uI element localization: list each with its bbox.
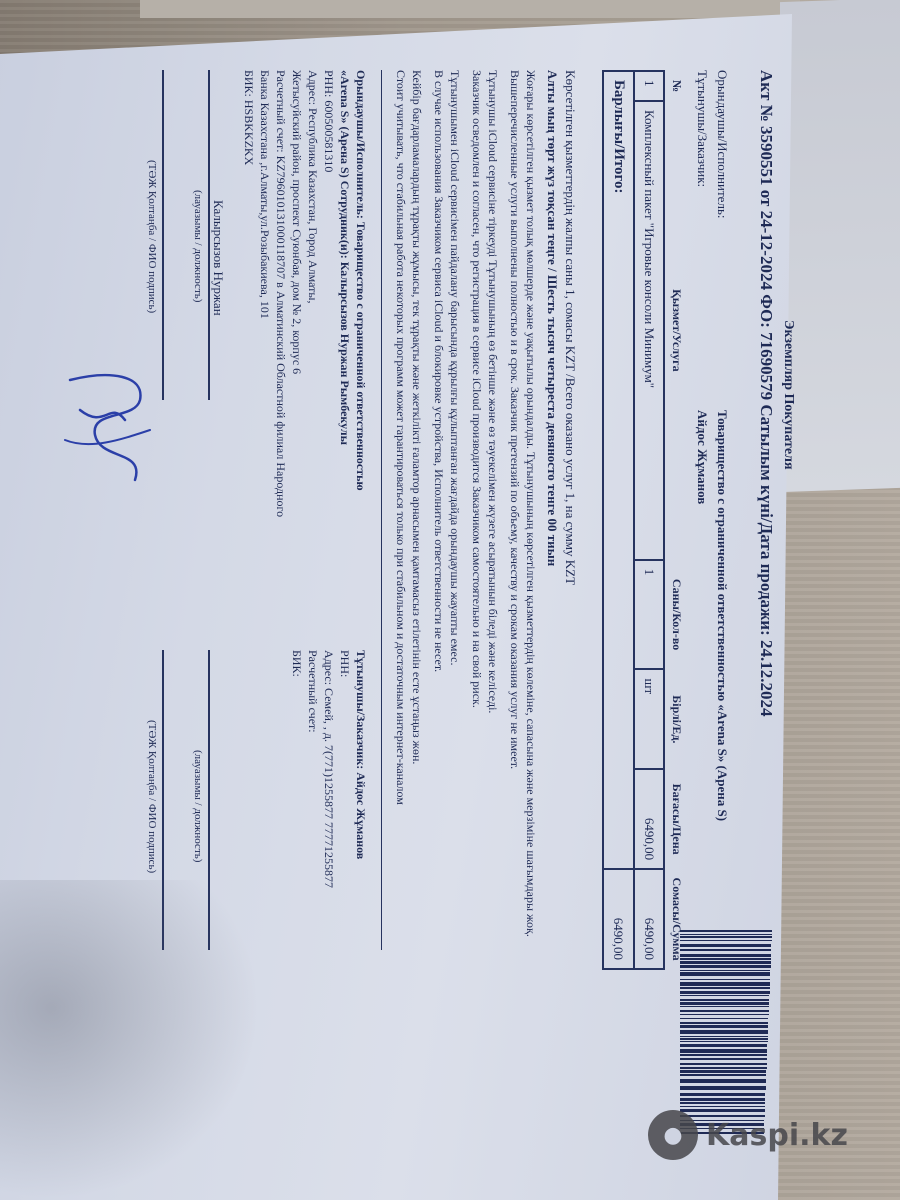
customer-value: Айдос Жұманов xyxy=(694,410,710,504)
row-number: 1 xyxy=(634,71,664,101)
paragraph-1-ru: Вышеперечисленные услуги выполнены полно… xyxy=(507,70,522,769)
customer-account: Расчетный счет: xyxy=(305,650,320,733)
executor-position-caption: (лауазымы / должность) xyxy=(192,190,204,302)
customer-block-line1: Тұтынушы/Заказчик: Айдос Жұманов xyxy=(353,650,368,859)
document-title: Акт № 3590551 от 24-12-2024 ФО: 71690579… xyxy=(756,70,776,717)
total-label: Барлығы/Итого: xyxy=(603,71,634,869)
executor-block-line2: «Arena S» (Арена S) Сотрудник(и): Калырс… xyxy=(337,70,352,445)
handwritten-signature xyxy=(50,340,160,490)
table-row: 1 Комплексный пакет "Игровые консоли Мин… xyxy=(634,71,664,969)
executor-signer-name: Калырсызов Нуржан xyxy=(210,200,226,316)
executor-value: Товарищество с ограниченной ответственно… xyxy=(714,410,730,821)
row-unit: шт xyxy=(634,669,664,769)
row-qty: 1 xyxy=(634,560,664,670)
customer-position-caption: (лауазымы / должность) xyxy=(192,750,204,862)
executor-bin: РНН: 600500581310 xyxy=(321,70,336,172)
paragraph-2-kz: Тұтынушы iCloud сервисіне тіркеуді Тұтын… xyxy=(485,70,500,713)
executor-block-line1: Орындаушы/Исполнитель: Товарищество с ог… xyxy=(353,70,368,491)
copy-label: Экземпляр Покупателя xyxy=(780,320,796,470)
customer-signature-caption: (ТӘЖ Қолтаңба / ФИО подпись) xyxy=(146,720,158,873)
executor-address-1: Адрес: Республика Казахстан, Город Алмат… xyxy=(305,70,320,303)
row-price: 6490,00 xyxy=(634,769,664,869)
col-header-qty: Саны/Кол-во xyxy=(664,560,688,670)
kaspi-watermark: ● Kaspi.kz xyxy=(648,1110,848,1160)
divider xyxy=(381,70,382,950)
executor-address-2: Жетысуйский район, проспект Суюнбая, дом… xyxy=(289,70,304,374)
kaspi-logo-icon: ● xyxy=(648,1110,698,1160)
background-paper-edge xyxy=(140,0,800,18)
executor-signature-line xyxy=(162,70,164,400)
customer-bik: БИК: xyxy=(289,650,304,677)
watermark-text: Kaspi.kz xyxy=(706,1118,848,1153)
row-sum: 6490,00 xyxy=(634,869,664,969)
col-header-unit: Бірлі/Ед. xyxy=(664,669,688,769)
customer-label: Тұтынушы/Заказчик: xyxy=(694,70,710,187)
total-value: 6490,00 xyxy=(603,869,634,969)
table-total-row: Барлығы/Итого: 6490,00 xyxy=(603,71,634,969)
summary-line-1: Көрсетілген қызметтердің жалпы саны 1, с… xyxy=(562,70,578,585)
customer-address: Адрес: Семей, , д. 7(771)1255877 7777125… xyxy=(321,650,336,888)
paragraph-2-ru: Заказчик осведомлен и согласен, что реги… xyxy=(469,70,484,708)
col-header-number: № xyxy=(664,71,688,101)
paragraph-3-ru: В случае использования Заказчиком сервис… xyxy=(431,70,446,672)
customer-bin: РНН: xyxy=(337,650,352,677)
shadow xyxy=(0,880,260,1200)
paragraph-1-kz: Жоғары көрсетілген қызмет толық мөлшерде… xyxy=(523,70,538,937)
paragraph-4-ru: Стоит учитывать, что стабильная работа н… xyxy=(393,70,408,805)
paragraph-3-kz: Тұтынушымен iCloud сервисімен пайдалану … xyxy=(447,70,462,665)
executor-account-1: Расчетный счет: KZ796010131000118707 в А… xyxy=(273,70,288,517)
services-table: № Қызмет/Услуга Саны/Кол-во Бірлі/Ед. Ба… xyxy=(602,70,688,970)
col-header-service: Қызмет/Услуга xyxy=(664,101,688,560)
executor-label: Орындаушы/Исполнитель: xyxy=(714,70,730,218)
row-service: Комплексный пакет "Игровые консоли Миним… xyxy=(634,101,664,560)
executor-bik: БИК: HSBKKZKX xyxy=(241,70,256,165)
executor-signature-caption: (ТӘЖ Қолтаңба / ФИО подпись) xyxy=(146,160,158,313)
col-header-price: Бағасы/Цена xyxy=(664,769,688,869)
summary-line-2: Алты мың төрт жүз тоқсан теңге / Шесть т… xyxy=(544,70,560,566)
barcode xyxy=(680,930,780,1140)
executor-account-2: Банка Казахстана ,г.Алматы,ул.Розыбакиев… xyxy=(257,70,272,319)
paragraph-4-kz: Кейбір бағдарламалардың тұрақты жұмысы, … xyxy=(409,70,424,764)
